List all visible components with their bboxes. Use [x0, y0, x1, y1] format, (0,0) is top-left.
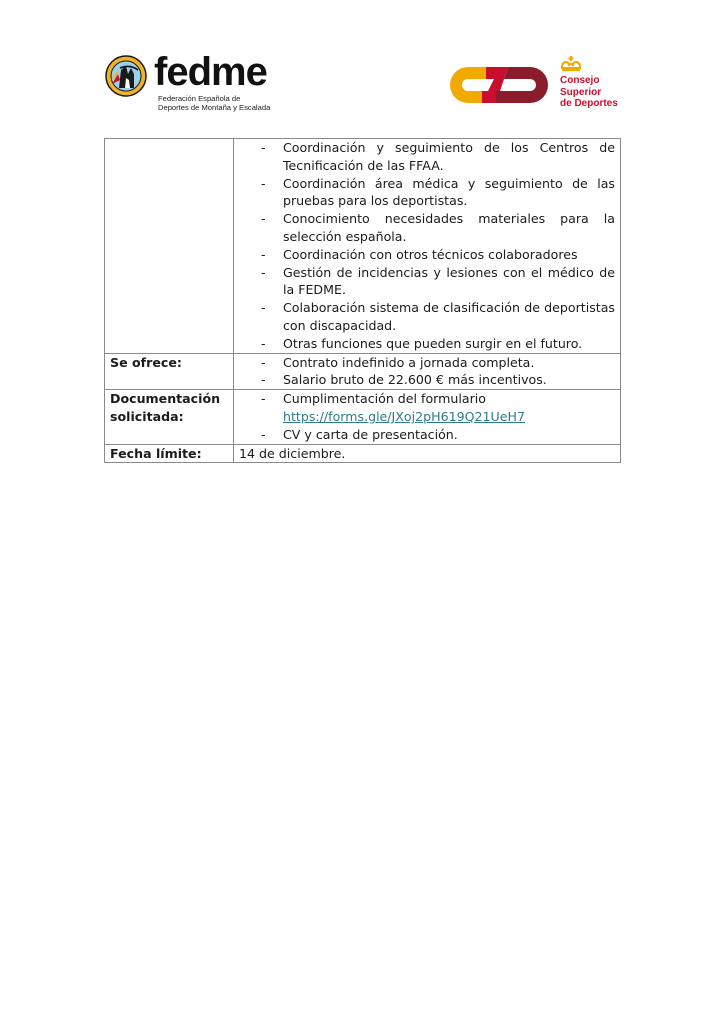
- fedme-emblem-icon: [104, 54, 148, 98]
- fedme-subtitle-line1: Federación Española de: [158, 94, 270, 103]
- royal-crown-icon: [560, 56, 582, 72]
- job-details-table: Coordinación y seguimiento de los Centro…: [104, 138, 621, 463]
- list-item: Cumplimentación del formulario https://f…: [239, 390, 615, 426]
- form-link[interactable]: https://forms.gle/JXoj2pH619Q21UeH7: [283, 409, 525, 424]
- table-row-functions: Coordinación y seguimiento de los Centro…: [105, 139, 621, 354]
- row-label: Se ofrece:: [105, 353, 234, 390]
- deadline-value: 14 de diciembre.: [234, 444, 621, 463]
- list-item: CV y carta de presentación.: [239, 426, 615, 444]
- list-item: Coordinación y seguimiento de los Centro…: [239, 139, 615, 175]
- list-item: Contrato indefinido a jornada completa.: [239, 354, 615, 372]
- row-content: Contrato indefinido a jornada completa. …: [234, 353, 621, 390]
- functions-list: Coordinación y seguimiento de los Centro…: [239, 139, 615, 353]
- fedme-wordmark: fedme: [154, 48, 267, 96]
- table-row-offer: Se ofrece: Contrato indefinido a jornada…: [105, 353, 621, 390]
- fedme-subtitle: Federación Española de Deportes de Monta…: [158, 94, 270, 112]
- list-item: Otras funciones que pueden surgir en el …: [239, 335, 615, 353]
- row-content: Cumplimentación del formulario https://f…: [234, 390, 621, 444]
- list-item: Coordinación área médica y seguimiento d…: [239, 175, 615, 211]
- row-content: Coordinación y seguimiento de los Centro…: [234, 139, 621, 354]
- csd-name: Consejo Superior de Deportes: [560, 75, 618, 110]
- fedme-logo: fedme Federación Española de Deportes de…: [104, 52, 284, 114]
- table-row-documentation: Documentación solicitada: Cumplimentació…: [105, 390, 621, 444]
- csd-logo: Consejo Superior de Deportes: [446, 56, 626, 116]
- csd-name-line2: Superior: [560, 87, 618, 99]
- list-item: Coordinación con otros técnicos colabora…: [239, 246, 615, 264]
- list-item: Salario bruto de 22.600 € más incentivos…: [239, 371, 615, 389]
- fedme-subtitle-line2: Deportes de Montaña y Escalada: [158, 103, 270, 112]
- row-label: Documentación solicitada:: [105, 390, 234, 444]
- list-item-text: Cumplimentación del formulario: [283, 391, 486, 406]
- documentation-list: Cumplimentación del formulario https://f…: [239, 390, 615, 443]
- row-label: [105, 139, 234, 354]
- list-item: Colaboración sistema de clasificación de…: [239, 299, 615, 335]
- table-row-deadline: Fecha límite: 14 de diciembre.: [105, 444, 621, 463]
- offer-list: Contrato indefinido a jornada completa. …: [239, 354, 615, 390]
- csd-logo-mark-icon: [446, 62, 554, 108]
- csd-name-line1: Consejo: [560, 75, 618, 87]
- list-item: Gestión de incidencias y lesiones con el…: [239, 264, 615, 300]
- list-item: Conocimiento necesidades materiales para…: [239, 210, 615, 246]
- csd-name-line3: de Deportes: [560, 98, 618, 110]
- row-label: Fecha límite:: [105, 444, 234, 463]
